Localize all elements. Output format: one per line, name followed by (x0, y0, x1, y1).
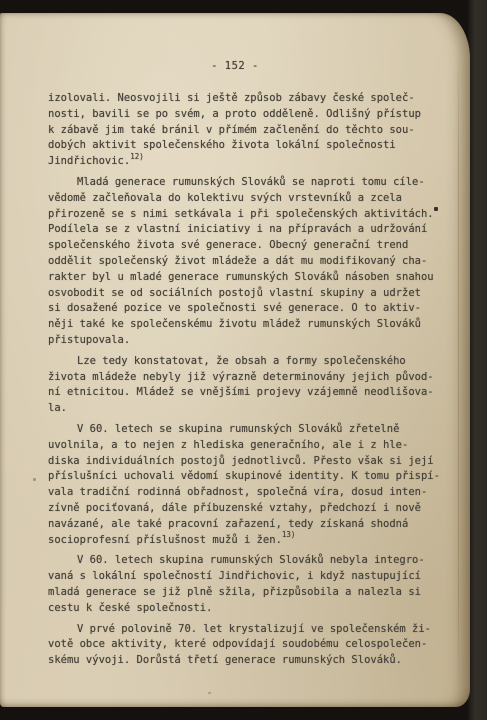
typewritten-line: si dosažené pozice ve společnosti své ge… (48, 301, 450, 317)
document-page: - 152 - izolovali. Neosvojili si ještě z… (0, 13, 470, 707)
paragraph: V 60. letech skupina rumunských Slováků … (48, 553, 450, 616)
scanned-page-background: - 152 - izolovali. Neosvojili si ještě z… (0, 0, 487, 720)
typewritten-line: vědomě začleňovala do kolektivu svých vr… (48, 191, 450, 207)
page-body: izolovali. Neosvojili si ještě způsob zá… (48, 91, 450, 669)
ink-speck (208, 692, 211, 694)
typewritten-line: vaná s lokální společností Jindřichovic,… (48, 569, 450, 585)
typewritten-line: V 60. letech skupina rumunských Slováků … (48, 553, 450, 569)
typewritten-line: příslušníci uchovali vědomí skupinové id… (48, 469, 450, 485)
typewritten-line: V 60. letech se skupina rumunských Slová… (48, 422, 450, 438)
typewritten-line: dobých aktivit společenského života loká… (48, 138, 450, 154)
typewritten-line: společenského života své generace. Obecn… (48, 238, 450, 254)
typewritten-line: přirozeně se s nimi setkávala i při spol… (48, 207, 450, 223)
typewritten-line: socioprofesní příslušnost mužů i žen.13) (48, 533, 450, 549)
typewritten-line: rakter byl u mladé generace rumunských S… (48, 270, 450, 286)
page-number: - 152 - (0, 60, 470, 73)
ink-speck (33, 478, 36, 481)
typewritten-line: diska individuálních postojů jednotlivců… (48, 454, 450, 470)
typewritten-line: V prvé polovině 70. let krystalizují ve … (48, 622, 450, 638)
typewritten-line: izolovali. Neosvojili si ještě způsob zá… (48, 91, 450, 107)
ink-speck (152, 131, 154, 133)
typewritten-line: navázané, ale také pracovní zařazení, te… (48, 517, 450, 533)
typewritten-line: vala tradiční rodinná obřadnost, společn… (48, 485, 450, 501)
typewritten-line: skému vývoji. Dorůstá třetí generace rum… (48, 653, 450, 669)
typewritten-line: k zábavě jim také bránil v přímém začlen… (48, 123, 450, 139)
typewritten-line: mladá generace se již plně sžila, přizpů… (48, 585, 450, 601)
typewritten-line: života mládeže nebyly již výrazně determ… (48, 370, 450, 386)
typewritten-line: nosti, bavili se po svém, a proto odděle… (48, 107, 450, 123)
typewritten-line: něji také ke společenskému životu mládež… (48, 317, 450, 333)
footnote-ref: 12) (130, 152, 144, 161)
typewritten-line: Podílela se z vlastní iniciativy i na př… (48, 222, 450, 238)
typewritten-line: Lze tedy konstatovat, že obsah a formy s… (48, 354, 450, 370)
typewritten-line: la. (48, 401, 450, 417)
typewritten-line: zívně pociťovaná, dále příbuzenské vztah… (48, 501, 450, 517)
typewritten-line: Jindřichovic.12) (48, 154, 450, 170)
book-gutter-shadow (468, 0, 487, 720)
typewritten-line: ní etnicitou. Mládež se vnějšími projevy… (48, 385, 450, 401)
footnote-ref: 13) (282, 530, 296, 539)
typewritten-line: osvobodit se od sociálních postojů vlast… (48, 286, 450, 302)
typewritten-line: votě obce aktivity, které odpovídají sou… (48, 637, 450, 653)
typewritten-line: přistupovala. (48, 333, 450, 349)
paragraph: V 60. letech se skupina rumunských Slová… (48, 422, 450, 548)
typewritten-line: uvolnila, a to nejen z hlediska generačn… (48, 438, 450, 454)
typewritten-line: Mladá generace rumunských Slováků se nap… (48, 175, 450, 191)
typewritten-line: oddělit společenský život mládeže a dát … (48, 254, 450, 270)
ink-speck (434, 207, 438, 211)
typewritten-line: cestu k české společnosti. (48, 601, 450, 617)
paragraph: izolovali. Neosvojili si ještě způsob zá… (48, 91, 450, 170)
paragraph: Lze tedy konstatovat, že obsah a formy s… (48, 354, 450, 417)
paragraph: Mladá generace rumunských Slováků se nap… (48, 175, 450, 349)
paragraph: V prvé polovině 70. let krystalizují ve … (48, 622, 450, 669)
